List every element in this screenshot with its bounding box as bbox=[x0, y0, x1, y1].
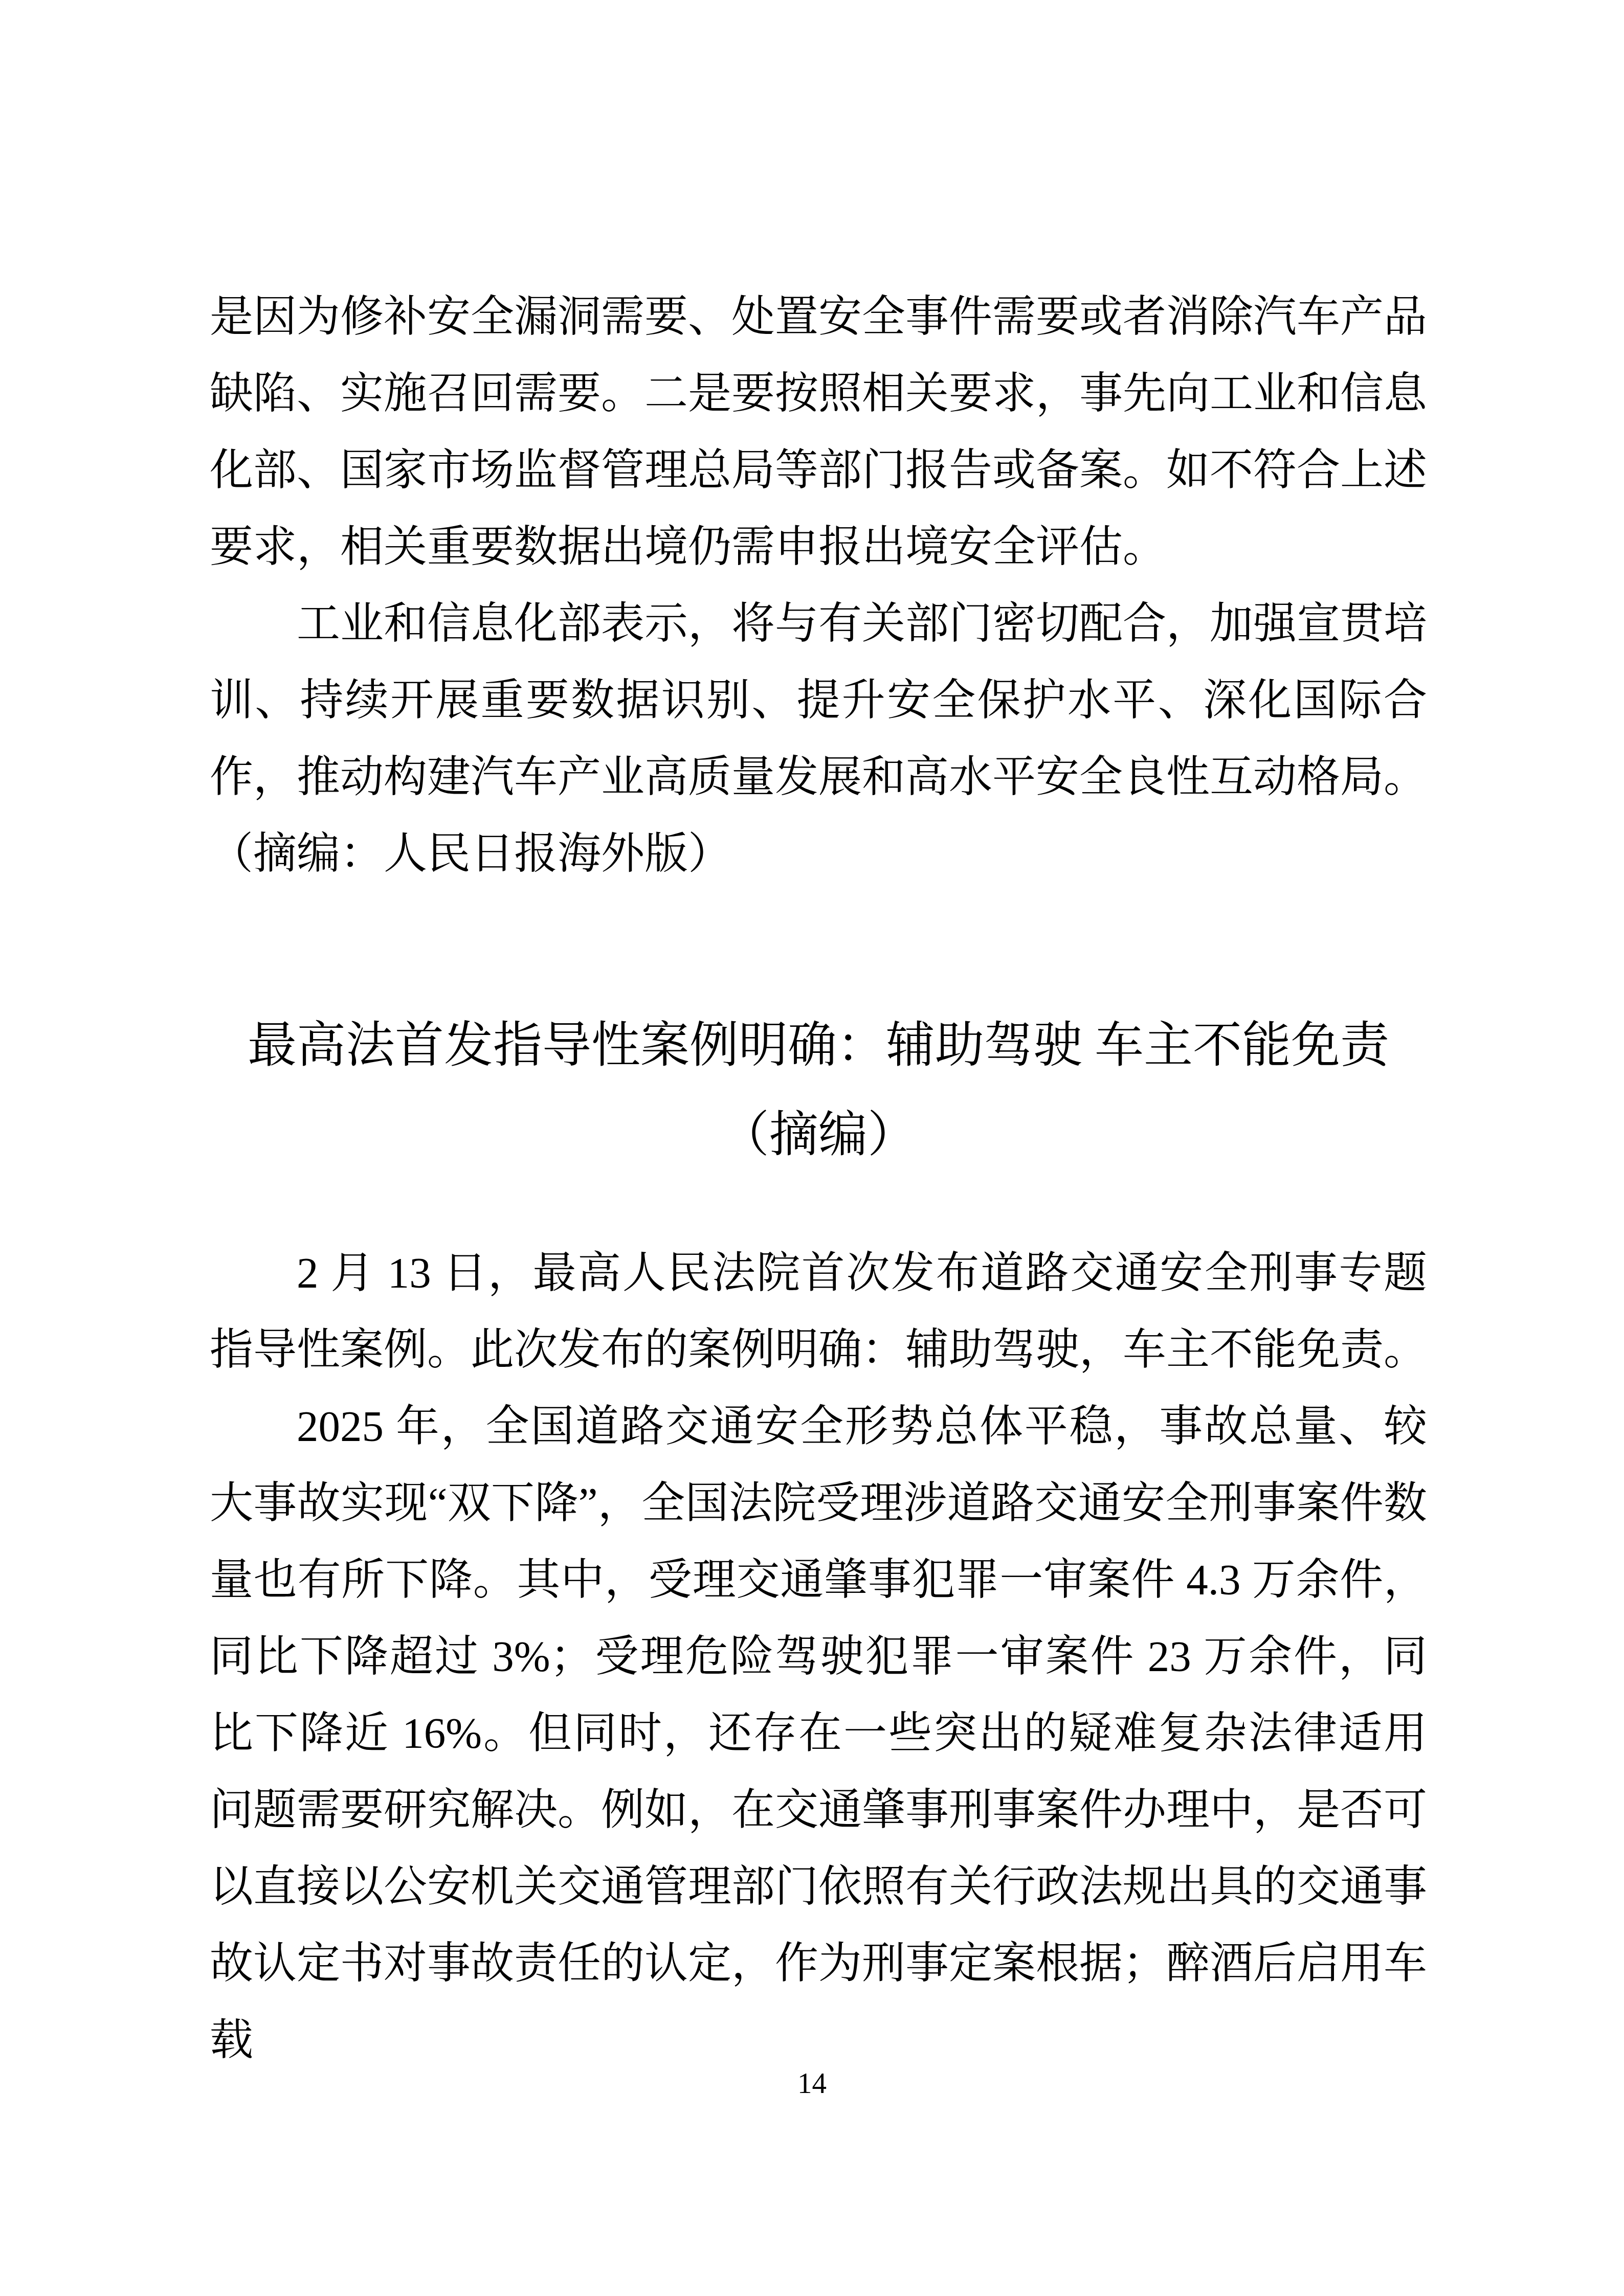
page-content: 是因为修补安全漏洞需要、处置安全事件需要或者消除汽车产品缺陷、实施召回需要。二是… bbox=[210, 0, 1427, 2079]
paragraph-article-body: 2025 年，全国道路交通安全形势总体平稳，事故总量、较大事故实现“双下降”，全… bbox=[210, 1388, 1427, 2079]
document-page: 是因为修补安全漏洞需要、处置安全事件需要或者消除汽车产品缺陷、实施召回需要。二是… bbox=[0, 0, 1624, 2296]
paragraph-article-lead: 2 月 13 日，最高人民法院首次发布道路交通安全刑事专题指导性案例。此次发布的… bbox=[210, 1235, 1427, 1388]
article-title-line1: 最高法首发指导性案例明确：辅助驾驶 车主不能免责 bbox=[210, 1000, 1427, 1090]
article-title-line2: （摘编） bbox=[210, 1090, 1427, 1179]
paragraph-continuation-from-previous-page: 是因为修补安全漏洞需要、处置安全事件需要或者消除汽车产品缺陷、实施召回需要。二是… bbox=[210, 279, 1427, 586]
article-title: 最高法首发指导性案例明确：辅助驾驶 车主不能免责 （摘编） bbox=[210, 1000, 1427, 1179]
paragraph-closing-with-source: 工业和信息化部表示，将与有关部门密切配合，加强宣贯培训、持续开展重要数据识别、提… bbox=[210, 586, 1427, 892]
page-number: 14 bbox=[0, 2066, 1624, 2102]
